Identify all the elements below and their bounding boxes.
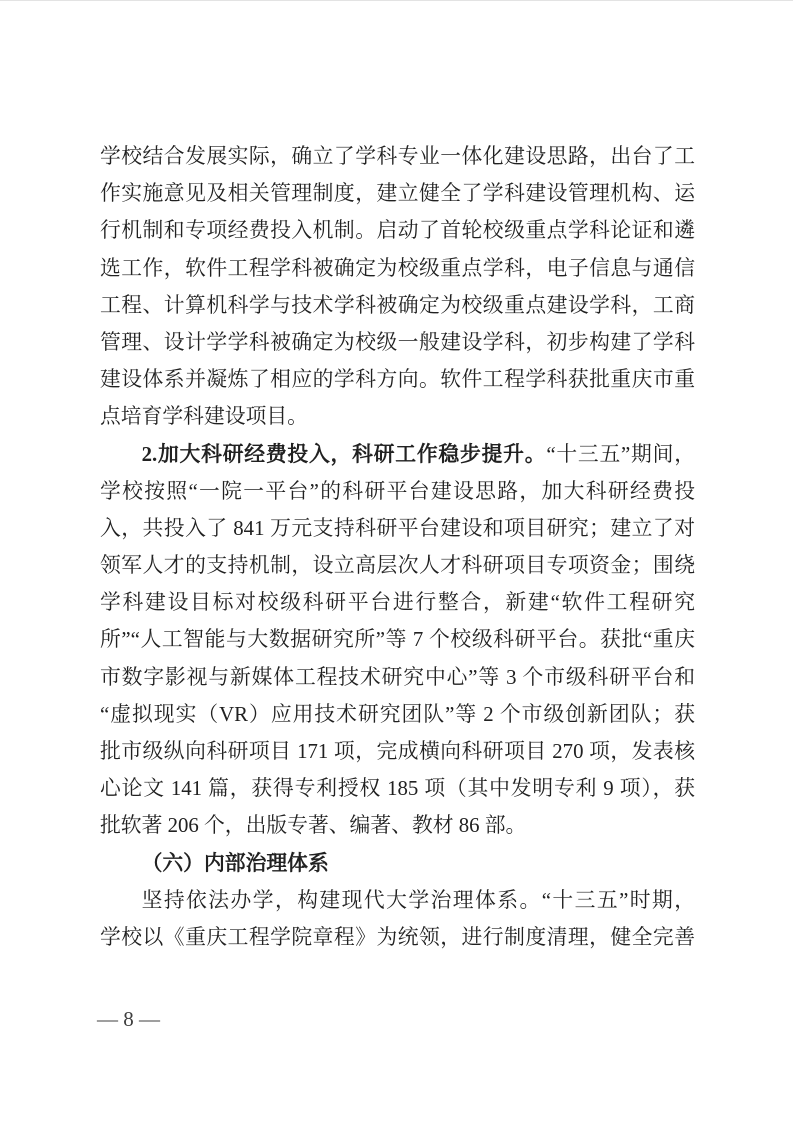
text-line: 入，共投入了 841 万元支持科研平台建设和项目研究；建立了对 bbox=[100, 510, 695, 547]
text-line: 学校以《重庆工程学院章程》为统领，进行制度清理，健全完善 bbox=[100, 919, 695, 956]
text-line: 工程、计算机科学与技术学科被确定为校级重点建设学科，工商 bbox=[100, 287, 695, 324]
text-segment: 入，共投入了 841 万元支持科研平台建设和项目研究；建立了对 bbox=[100, 517, 695, 540]
text-line: 建设体系并凝炼了相应的学科方向。软件工程学科获批重庆市重 bbox=[100, 361, 695, 398]
text-segment: 学校以《重庆工程学院章程》为统领，进行制度清理，健全完善 bbox=[100, 926, 695, 949]
text-line: （六）内部治理体系 bbox=[100, 845, 695, 882]
text-segment: 学校按照“一院一平台”的科研平台建设思路，加大科研经费投 bbox=[100, 480, 695, 503]
text-segment: 领军人才的支持机制，设立高层次人才科研项目专项资金；围绕 bbox=[100, 554, 695, 577]
text-line: 市数字影视与新媒体工程技术研究中心”等 3 个市级科研平台和 bbox=[100, 659, 695, 696]
text-line: 管理、设计学学科被确定为校级一般建设学科，初步构建了学科 bbox=[100, 324, 695, 361]
text-segment: 点培育学科建设项目。 bbox=[100, 405, 308, 428]
text-segment: 学校结合发展实际，确立了学科专业一体化建设思路，出台了工 bbox=[100, 145, 695, 168]
text-segment: 工程、计算机科学与技术学科被确定为校级重点建设学科，工商 bbox=[100, 294, 695, 317]
text-segment: 所”“人工智能与大数据研究所”等 7 个校级科研平台。获批“重庆 bbox=[100, 628, 695, 651]
text-segment: 选工作，软件工程学科被确定为校级重点学科，电子信息与通信 bbox=[100, 257, 695, 280]
text-segment: 学科建设目标对校级科研平台进行整合，新建“软件工程研究 bbox=[100, 591, 695, 614]
bold-text-segment: （六）内部治理体系 bbox=[142, 852, 329, 875]
page-number: — 8 — bbox=[97, 1007, 160, 1031]
text-line: 所”“人工智能与大数据研究所”等 7 个校级科研平台。获批“重庆 bbox=[100, 621, 695, 658]
document-page: 学校结合发展实际，确立了学科专业一体化建设思路，出台了工作实施意见及相关管理制度… bbox=[0, 0, 793, 1122]
text-segment: 坚持依法办学，构建现代大学治理体系。“十三五”时期， bbox=[142, 889, 695, 912]
text-line: 行机制和专项经费投入机制。启动了首轮校级重点学科论证和遴 bbox=[100, 212, 695, 249]
text-line: 点培育学科建设项目。 bbox=[100, 398, 695, 435]
text-line: 学科建设目标对校级科研平台进行整合，新建“软件工程研究 bbox=[100, 584, 695, 621]
text-segment: “十三五”期间， bbox=[546, 443, 695, 466]
text-line: 心论文 141 篇，获得专利授权 185 项（其中发明专利 9 项），获 bbox=[100, 770, 695, 807]
text-segment: 市数字影视与新媒体工程技术研究中心”等 3 个市级科研平台和 bbox=[100, 666, 695, 689]
bold-text-segment: 2.加大科研经费投入，科研工作稳步提升。 bbox=[142, 443, 547, 466]
text-line: 2.加大科研经费投入，科研工作稳步提升。“十三五”期间， bbox=[100, 436, 695, 473]
text-line: 批市级纵向科研项目 171 项，完成横向科研项目 270 项，发表核 bbox=[100, 733, 695, 770]
text-segment: 行机制和专项经费投入机制。启动了首轮校级重点学科论证和遴 bbox=[100, 219, 695, 242]
text-line: 领军人才的支持机制，设立高层次人才科研项目专项资金；围绕 bbox=[100, 547, 695, 584]
text-line: 批软著 206 个，出版专著、编著、教材 86 部。 bbox=[100, 807, 695, 844]
text-segment: 建设体系并凝炼了相应的学科方向。软件工程学科获批重庆市重 bbox=[100, 368, 695, 391]
text-segment: 批市级纵向科研项目 171 项，完成横向科研项目 270 项，发表核 bbox=[100, 740, 695, 763]
text-segment: 管理、设计学学科被确定为校级一般建设学科，初步构建了学科 bbox=[100, 331, 695, 354]
text-line: 学校按照“一院一平台”的科研平台建设思路，加大科研经费投 bbox=[100, 473, 695, 510]
text-segment: 心论文 141 篇，获得专利授权 185 项（其中发明专利 9 项），获 bbox=[100, 777, 695, 800]
text-line: “虚拟现实（VR）应用技术研究团队”等 2 个市级创新团队；获 bbox=[100, 696, 695, 733]
text-segment: “虚拟现实（VR）应用技术研究团队”等 2 个市级创新团队；获 bbox=[100, 703, 695, 726]
text-line: 作实施意见及相关管理制度，建立健全了学科建设管理机构、运 bbox=[100, 175, 695, 212]
text-segment: 批软著 206 个，出版专著、编著、教材 86 部。 bbox=[100, 814, 526, 837]
text-segment: 作实施意见及相关管理制度，建立健全了学科建设管理机构、运 bbox=[100, 182, 695, 205]
text-line: 坚持依法办学，构建现代大学治理体系。“十三五”时期， bbox=[100, 882, 695, 919]
text-line: 选工作，软件工程学科被确定为校级重点学科，电子信息与通信 bbox=[100, 250, 695, 287]
text-block: 学校结合发展实际，确立了学科专业一体化建设思路，出台了工作实施意见及相关管理制度… bbox=[100, 138, 695, 956]
text-line: 学校结合发展实际，确立了学科专业一体化建设思路，出台了工 bbox=[100, 138, 695, 175]
